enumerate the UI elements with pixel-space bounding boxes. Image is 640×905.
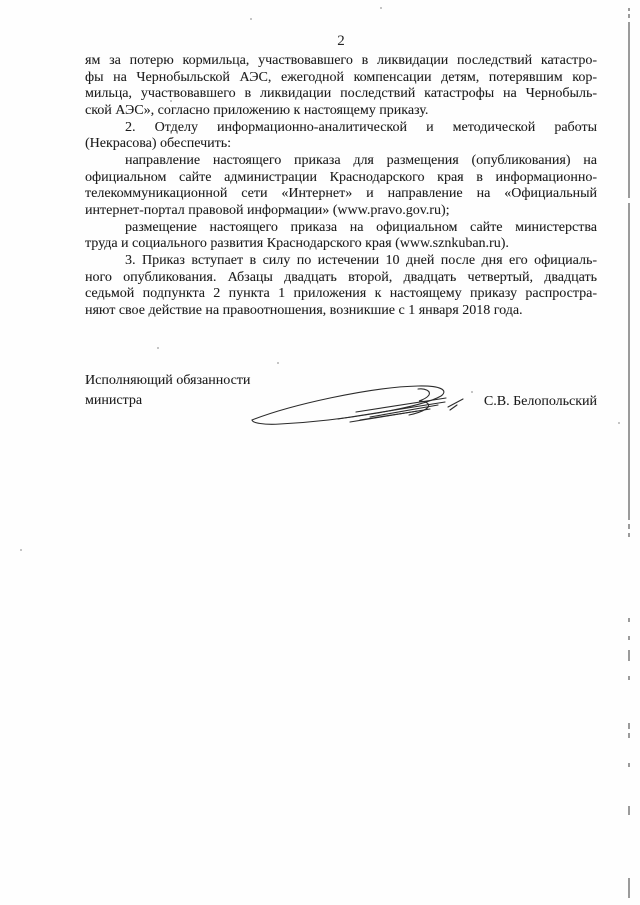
scan-edge-mark <box>628 650 630 661</box>
scan-speckle <box>277 362 279 364</box>
signature-scribble <box>248 378 466 430</box>
text-line: размещение настоящего приказа на официал… <box>85 220 597 237</box>
scan-speckle <box>157 347 159 349</box>
scan-speckle <box>471 391 473 393</box>
scan-edge-mark <box>628 733 630 738</box>
scan-edge-mark <box>628 618 630 622</box>
text-line: ской АЭС», согласно приложению к настоящ… <box>85 103 597 120</box>
scan-speckle <box>618 422 620 424</box>
scan-speckle <box>170 100 172 102</box>
text-line: няют свое действие на правоотношения, во… <box>85 303 597 320</box>
text-line: направление настоящего приказа для разме… <box>85 153 597 170</box>
text-line: 3. Приказ вступает в силу по истечении 1… <box>85 253 597 270</box>
scan-edge-mark <box>628 723 630 729</box>
text-line: седьмой подпункта 2 пункта 1 приложения … <box>85 286 597 303</box>
scan-edge-mark <box>628 636 630 640</box>
text-line: мильца, участвовавшего в ликвидации посл… <box>85 86 597 103</box>
scan-edge-mark <box>628 14 630 18</box>
scan-edge-mark <box>628 22 630 198</box>
scan-edge-mark <box>628 878 630 898</box>
scan-edge-mark <box>628 676 630 680</box>
scan-edge-mark <box>628 8 630 11</box>
scan-edge-mark <box>628 524 630 529</box>
scan-speckle <box>20 549 22 551</box>
text-line: труда и социального развития Краснодарск… <box>85 236 597 253</box>
document-body: ям за потерю кормильца, участвовавшего в… <box>85 53 597 320</box>
scanned-page: 2 ям за потерю кормильца, участвовавшего… <box>0 0 640 905</box>
scan-speckle <box>250 18 252 20</box>
text-line: фы на Чернобыльской АЭС, ежегодной компе… <box>85 70 597 87</box>
text-line: ям за потерю кормильца, участвовавшего в… <box>85 53 597 70</box>
scan-edge-mark <box>628 533 630 537</box>
text-line: ного опубликования. Абзацы двадцать втор… <box>85 270 597 287</box>
text-line: официальном сайте администрации Краснода… <box>85 170 597 187</box>
text-line: 2. Отделу информационно-аналитической и … <box>85 120 597 137</box>
signature-block: Исполняющий обязанности министра С.В. Бе… <box>85 371 597 433</box>
text-line: интернет-портал правовой информации» (ww… <box>85 203 597 220</box>
scan-speckle <box>380 7 382 9</box>
signatory-name: С.В. Белопольский <box>484 392 597 412</box>
scan-edge-mark <box>628 203 630 520</box>
scan-edge-mark <box>628 763 630 767</box>
text-line: телекоммуникационной сети «Интернет» и н… <box>85 186 597 203</box>
scan-edge-mark <box>628 806 630 815</box>
page-number: 2 <box>85 33 597 50</box>
text-line: (Некрасова) обеспечить: <box>85 136 597 153</box>
